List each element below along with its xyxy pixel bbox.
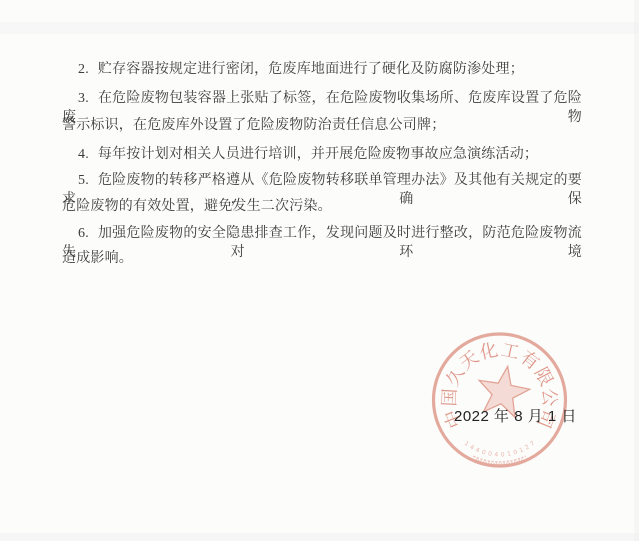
scan-artifact-top-band	[0, 22, 639, 34]
seal-serial-digit: 0	[501, 451, 505, 458]
item-text: 每年按计划对相关人员进行培训，并开展危险废物事故应急演练活动；	[98, 147, 538, 162]
seal-ring-character: 化	[478, 339, 500, 362]
list-item-6-line-2: 造成影响。	[62, 249, 582, 268]
item-text: 危险废物的有效处置，避免发生二次污染。	[62, 199, 332, 214]
seal-serial-digit: 4	[468, 444, 475, 452]
list-item-2: 2.贮存容器按规定进行密闭，危废库地面进行了硬化及防腐防渗处理；	[62, 60, 582, 79]
list-item-3-line-2: 警示标识，在危废库外设置了危险废物防治责任信息公司牌；	[62, 116, 582, 135]
company-seal-stamp: 中国久天化工有限公司144004010127	[429, 327, 570, 468]
document-page: 2.贮存容器按规定进行密闭，危废库地面进行了硬化及防腐防渗处理； 3.在危险废物…	[0, 0, 639, 541]
seal-serial-digit: 1	[518, 446, 524, 454]
seal-serial-digit: 7	[529, 440, 536, 448]
seal-serial-digit: 0	[487, 450, 492, 458]
scan-artifact-right-strip	[634, 0, 639, 541]
seal-serial-digit: 1	[507, 450, 512, 458]
list-item-5-line-2: 危险废物的有效处置，避免发生二次污染。	[62, 197, 582, 216]
item-text: 贮存容器按规定进行密闭，危废库地面进行了硬化及防腐防渗处理；	[98, 62, 524, 77]
seal-serial-digit: 0	[513, 449, 519, 457]
seal-serial-digit: 0	[481, 449, 487, 457]
document-date: 2022 年 8 月 1 日	[454, 405, 577, 426]
item-number: 6.	[78, 226, 89, 241]
scan-artifact-bottom-band	[0, 533, 639, 541]
item-text: 造成影响。	[62, 251, 133, 266]
item-number: 2.	[78, 62, 89, 77]
seal-serial-digit: 4	[474, 446, 480, 454]
item-number: 4.	[78, 147, 89, 162]
seal-serial-digit: 4	[494, 451, 498, 458]
item-number: 3.	[78, 91, 89, 106]
item-number: 5.	[78, 173, 89, 188]
list-item-4: 4.每年按计划对相关人员进行培训，并开展危险废物事故应急演练活动；	[62, 145, 582, 164]
item-text: 警示标识，在危废库外设置了危险废物防治责任信息公司牌；	[62, 118, 445, 133]
